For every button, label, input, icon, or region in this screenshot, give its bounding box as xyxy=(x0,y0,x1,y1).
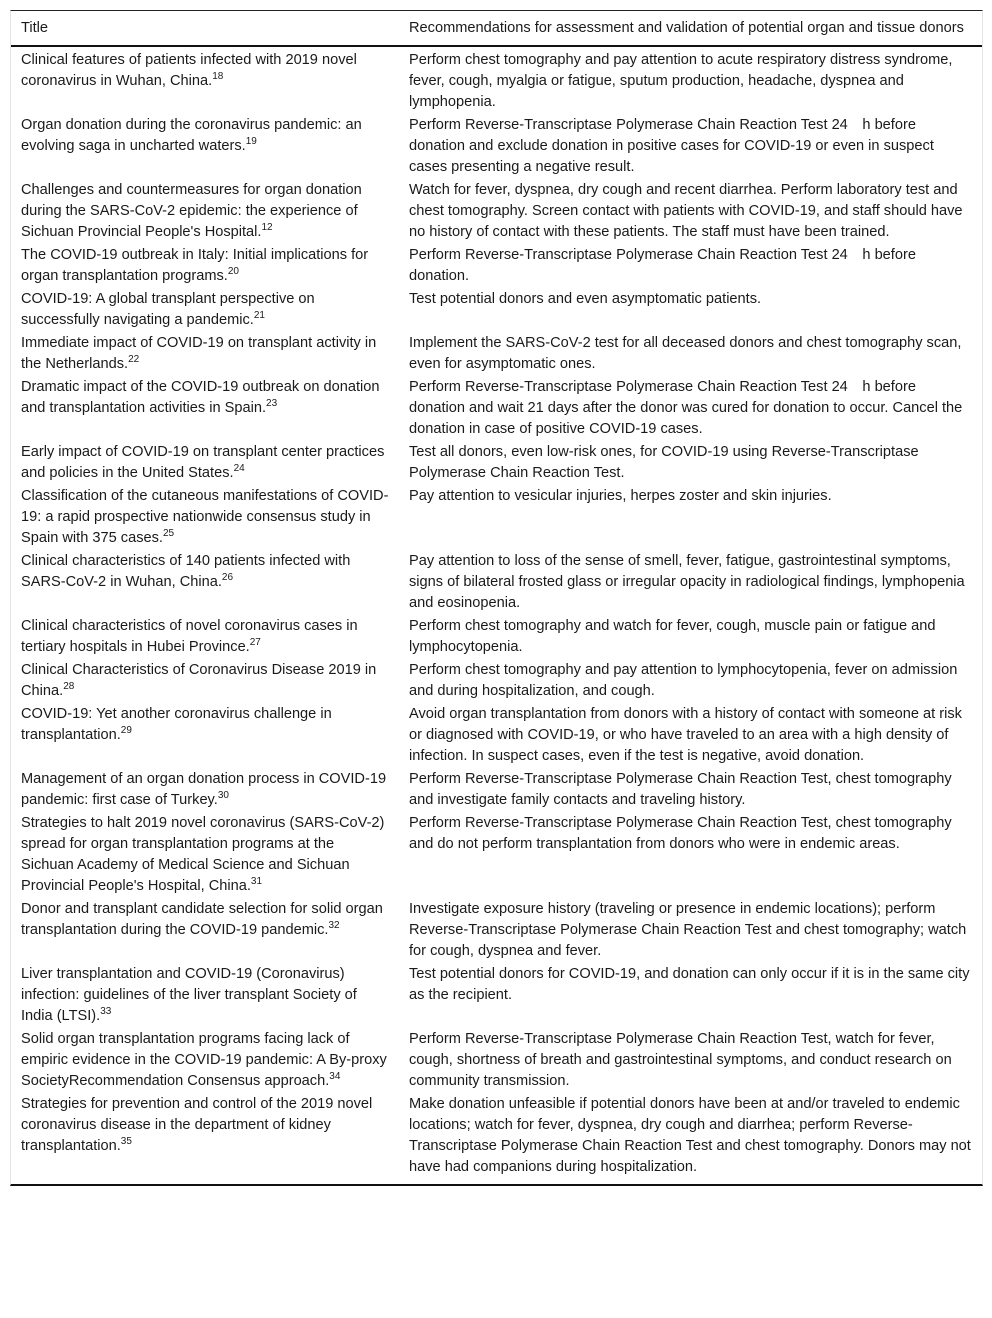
reference-number: 34 xyxy=(329,1071,340,1082)
cell-title: Liver transplantation and COVID-19 (Coro… xyxy=(11,963,399,1028)
title-text: COVID-19: Yet another coronavirus challe… xyxy=(21,706,332,743)
table-row: COVID-19: Yet another coronavirus challe… xyxy=(11,703,982,768)
title-text: Classification of the cutaneous manifest… xyxy=(21,488,388,546)
table-row: Challenges and countermeasures for organ… xyxy=(11,179,982,244)
reference-number: 32 xyxy=(328,920,339,931)
cell-title: The COVID-19 outbreak in Italy: Initial … xyxy=(11,244,399,288)
cell-title: Clinical Characteristics of Coronavirus … xyxy=(11,659,399,703)
cell-recommendation: Perform Reverse-Transcriptase Polymerase… xyxy=(399,114,982,179)
cell-recommendation: Avoid organ transplantation from donors … xyxy=(399,703,982,768)
table-row: Clinical features of patients infected w… xyxy=(11,46,982,114)
cell-recommendation: Perform chest tomography and watch for f… xyxy=(399,615,982,659)
title-text: Clinical characteristics of 140 patients… xyxy=(21,553,350,590)
cell-recommendation: Test all donors, even low-risk ones, for… xyxy=(399,441,982,485)
cell-title: Immediate impact of COVID-19 on transpla… xyxy=(11,332,399,376)
cell-recommendation: Investigate exposure history (traveling … xyxy=(399,898,982,963)
reference-number: 23 xyxy=(266,398,277,409)
table-row: Donor and transplant candidate selection… xyxy=(11,898,982,963)
cell-title: Classification of the cutaneous manifest… xyxy=(11,485,399,550)
title-text: Early impact of COVID-19 on transplant c… xyxy=(21,444,384,481)
reference-number: 25 xyxy=(163,528,174,539)
cell-title: Strategies to halt 2019 novel coronaviru… xyxy=(11,812,399,898)
cell-title: Early impact of COVID-19 on transplant c… xyxy=(11,441,399,485)
table-row: Dramatic impact of the COVID-19 outbreak… xyxy=(11,376,982,441)
table-row: Classification of the cutaneous manifest… xyxy=(11,485,982,550)
table-row: Solid organ transplantation programs fac… xyxy=(11,1028,982,1093)
title-text: Immediate impact of COVID-19 on transpla… xyxy=(21,335,376,372)
reference-number: 18 xyxy=(212,71,223,82)
cell-title: Clinical characteristics of novel corona… xyxy=(11,615,399,659)
cell-title: Clinical features of patients infected w… xyxy=(11,46,399,114)
reference-number: 20 xyxy=(228,266,239,277)
cell-recommendation: Perform Reverse-Transcriptase Polymerase… xyxy=(399,244,982,288)
cell-recommendation: Perform chest tomography and pay attenti… xyxy=(399,46,982,114)
reference-number: 30 xyxy=(218,790,229,801)
reference-number: 27 xyxy=(250,637,261,648)
cell-title: COVID-19: A global transplant perspectiv… xyxy=(11,288,399,332)
cell-title: Dramatic impact of the COVID-19 outbreak… xyxy=(11,376,399,441)
cell-recommendation: Watch for fever, dyspnea, dry cough and … xyxy=(399,179,982,244)
reference-number: 21 xyxy=(254,310,265,321)
cell-title: Donor and transplant candidate selection… xyxy=(11,898,399,963)
reference-number: 19 xyxy=(246,136,257,147)
reference-number: 22 xyxy=(128,354,139,365)
cell-recommendation: Perform chest tomography and pay attenti… xyxy=(399,659,982,703)
reference-number: 35 xyxy=(121,1136,132,1147)
reference-number: 24 xyxy=(234,463,245,474)
title-text: Management of an organ donation process … xyxy=(21,771,386,808)
cell-title: COVID-19: Yet another coronavirus challe… xyxy=(11,703,399,768)
cell-recommendation: Perform Reverse-Transcriptase Polymerase… xyxy=(399,768,982,812)
cell-recommendation: Test potential donors and even asymptoma… xyxy=(399,288,982,332)
table-row: Strategies for prevention and control of… xyxy=(11,1093,982,1184)
table-row: Immediate impact of COVID-19 on transpla… xyxy=(11,332,982,376)
cell-title: Solid organ transplantation programs fac… xyxy=(11,1028,399,1093)
table-header-row: Title Recommendations for assessment and… xyxy=(11,11,982,46)
cell-recommendation: Perform Reverse-Transcriptase Polymerase… xyxy=(399,376,982,441)
reference-number: 12 xyxy=(261,222,272,233)
reference-number: 28 xyxy=(63,681,74,692)
cell-recommendation: Pay attention to vesicular injuries, her… xyxy=(399,485,982,550)
table-row: Strategies to halt 2019 novel coronaviru… xyxy=(11,812,982,898)
title-text: The COVID-19 outbreak in Italy: Initial … xyxy=(21,247,368,284)
table-row: Clinical characteristics of novel corona… xyxy=(11,615,982,659)
reference-number: 26 xyxy=(222,572,233,583)
recommendations-table: Title Recommendations for assessment and… xyxy=(11,11,982,1184)
table-row: Early impact of COVID-19 on transplant c… xyxy=(11,441,982,485)
reference-number: 31 xyxy=(251,876,262,887)
title-text: Clinical characteristics of novel corona… xyxy=(21,618,358,655)
header-title: Title xyxy=(11,11,399,46)
cell-recommendation: Pay attention to loss of the sense of sm… xyxy=(399,550,982,615)
table-row: Clinical characteristics of 140 patients… xyxy=(11,550,982,615)
cell-recommendation: Implement the SARS-CoV-2 test for all de… xyxy=(399,332,982,376)
table-row: Organ donation during the coronavirus pa… xyxy=(11,114,982,179)
cell-title: Clinical characteristics of 140 patients… xyxy=(11,550,399,615)
cell-title: Challenges and countermeasures for organ… xyxy=(11,179,399,244)
title-text: Organ donation during the coronavirus pa… xyxy=(21,117,362,154)
cell-recommendation: Test potential donors for COVID-19, and … xyxy=(399,963,982,1028)
title-text: Strategies for prevention and control of… xyxy=(21,1096,372,1154)
title-text: COVID-19: A global transplant perspectiv… xyxy=(21,291,315,328)
table-row: Management of an organ donation process … xyxy=(11,768,982,812)
table-row: Clinical Characteristics of Coronavirus … xyxy=(11,659,982,703)
reference-number: 29 xyxy=(121,725,132,736)
cell-title: Organ donation during the coronavirus pa… xyxy=(11,114,399,179)
cell-title: Strategies for prevention and control of… xyxy=(11,1093,399,1184)
table-row: COVID-19: A global transplant perspectiv… xyxy=(11,288,982,332)
cell-recommendation: Perform Reverse-Transcriptase Polymerase… xyxy=(399,1028,982,1093)
table-row: Liver transplantation and COVID-19 (Coro… xyxy=(11,963,982,1028)
cell-recommendation: Make donation unfeasible if potential do… xyxy=(399,1093,982,1184)
table-row: The COVID-19 outbreak in Italy: Initial … xyxy=(11,244,982,288)
cell-title: Management of an organ donation process … xyxy=(11,768,399,812)
title-text: Challenges and countermeasures for organ… xyxy=(21,182,362,240)
title-text: Dramatic impact of the COVID-19 outbreak… xyxy=(21,379,380,416)
cell-recommendation: Perform Reverse-Transcriptase Polymerase… xyxy=(399,812,982,898)
title-text: Clinical features of patients infected w… xyxy=(21,52,357,89)
header-recommendations: Recommendations for assessment and valid… xyxy=(399,11,982,46)
recommendations-table-container: Title Recommendations for assessment and… xyxy=(10,10,983,1186)
reference-number: 33 xyxy=(100,1006,111,1017)
title-text: Liver transplantation and COVID-19 (Coro… xyxy=(21,966,357,1024)
title-text: Strategies to halt 2019 novel coronaviru… xyxy=(21,815,384,894)
